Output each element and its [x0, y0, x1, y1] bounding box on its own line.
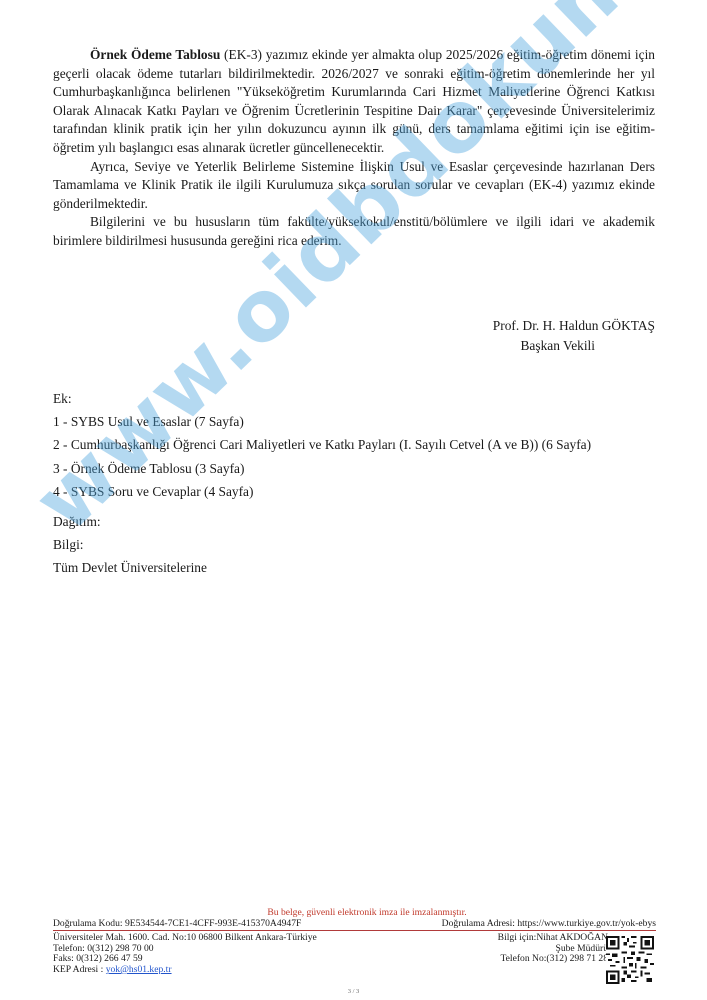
verification-code: Doğrulama Kodu: 9E534544-7CE1-4CFF-993E-…: [53, 919, 301, 930]
info-label: Bilgi:: [53, 533, 207, 556]
kep-label: KEP Adresi :: [53, 964, 106, 975]
annex-list: Ek: 1 - SYBS Usul ve Esaslar (7 Sayfa) 2…: [53, 387, 591, 503]
kep-row: KEP Adresi : yok@hs01.kep.tr: [53, 965, 317, 976]
contact-row: Üniversiteler Mah. 1600. Cad. No:10 0680…: [53, 933, 656, 975]
contact-phone: Telefon No:(312) 298 71 28: [498, 954, 608, 965]
recipient: Tüm Devlet Üniversitelerine: [53, 556, 207, 579]
signature-block: Prof. Dr. H. Haldun GÖKTAŞ Başkan Vekili: [440, 316, 655, 356]
qr-code-icon: [606, 936, 654, 984]
annex-item: 2 - Cumhurbaşkanlığı Öğrenci Cari Maliye…: [53, 433, 591, 456]
paragraph-2: Ayrıca, Seviye ve Yeterlik Belirleme Sis…: [53, 158, 655, 214]
page-number: 3 / 3: [0, 988, 707, 995]
signatory-name: Prof. Dr. H. Haldun GÖKTAŞ: [440, 316, 655, 336]
verification-address[interactable]: Doğrulama Adresi: https://www.turkiye.go…: [442, 919, 656, 930]
signatory-title: Başkan Vekili: [440, 336, 655, 356]
document-footer: Bu belge, güvenli elektronik imza ile im…: [53, 908, 656, 976]
letter-body: Örnek Ödeme Tablosu (EK-3) yazımız ekind…: [53, 46, 655, 251]
paragraph-1: Örnek Ödeme Tablosu (EK-3) yazımız ekind…: [53, 46, 655, 158]
payment-table-reference: Örnek Ödeme Tablosu: [90, 47, 220, 62]
verification-row: Doğrulama Kodu: 9E534544-7CE1-4CFF-993E-…: [53, 919, 656, 932]
distribution-label: Dağıtım:: [53, 510, 207, 533]
annex-item: 3 - Örnek Ödeme Tablosu (3 Sayfa): [53, 457, 591, 480]
annex-label: Ek:: [53, 387, 591, 410]
document-page: Örnek Ödeme Tablosu (EK-3) yazımız ekind…: [0, 0, 707, 1000]
kep-address-link[interactable]: yok@hs01.kep.tr: [106, 964, 172, 975]
distribution-block: Dağıtım: Bilgi: Tüm Devlet Üniversiteler…: [53, 510, 207, 580]
institution-contact: Üniversiteler Mah. 1600. Cad. No:10 0680…: [53, 933, 317, 975]
e-signature-notice: Bu belge, güvenli elektronik imza ile im…: [53, 908, 656, 919]
annex-item: 4 - SYBS Soru ve Cevaplar (4 Sayfa): [53, 480, 591, 503]
paragraph-1-text: (EK-3) yazımız ekinde yer almakta olup 2…: [53, 47, 655, 155]
paragraph-3: Bilgilerini ve bu hususların tüm fakülte…: [53, 213, 655, 250]
annex-item: 1 - SYBS Usul ve Esaslar (7 Sayfa): [53, 410, 591, 433]
